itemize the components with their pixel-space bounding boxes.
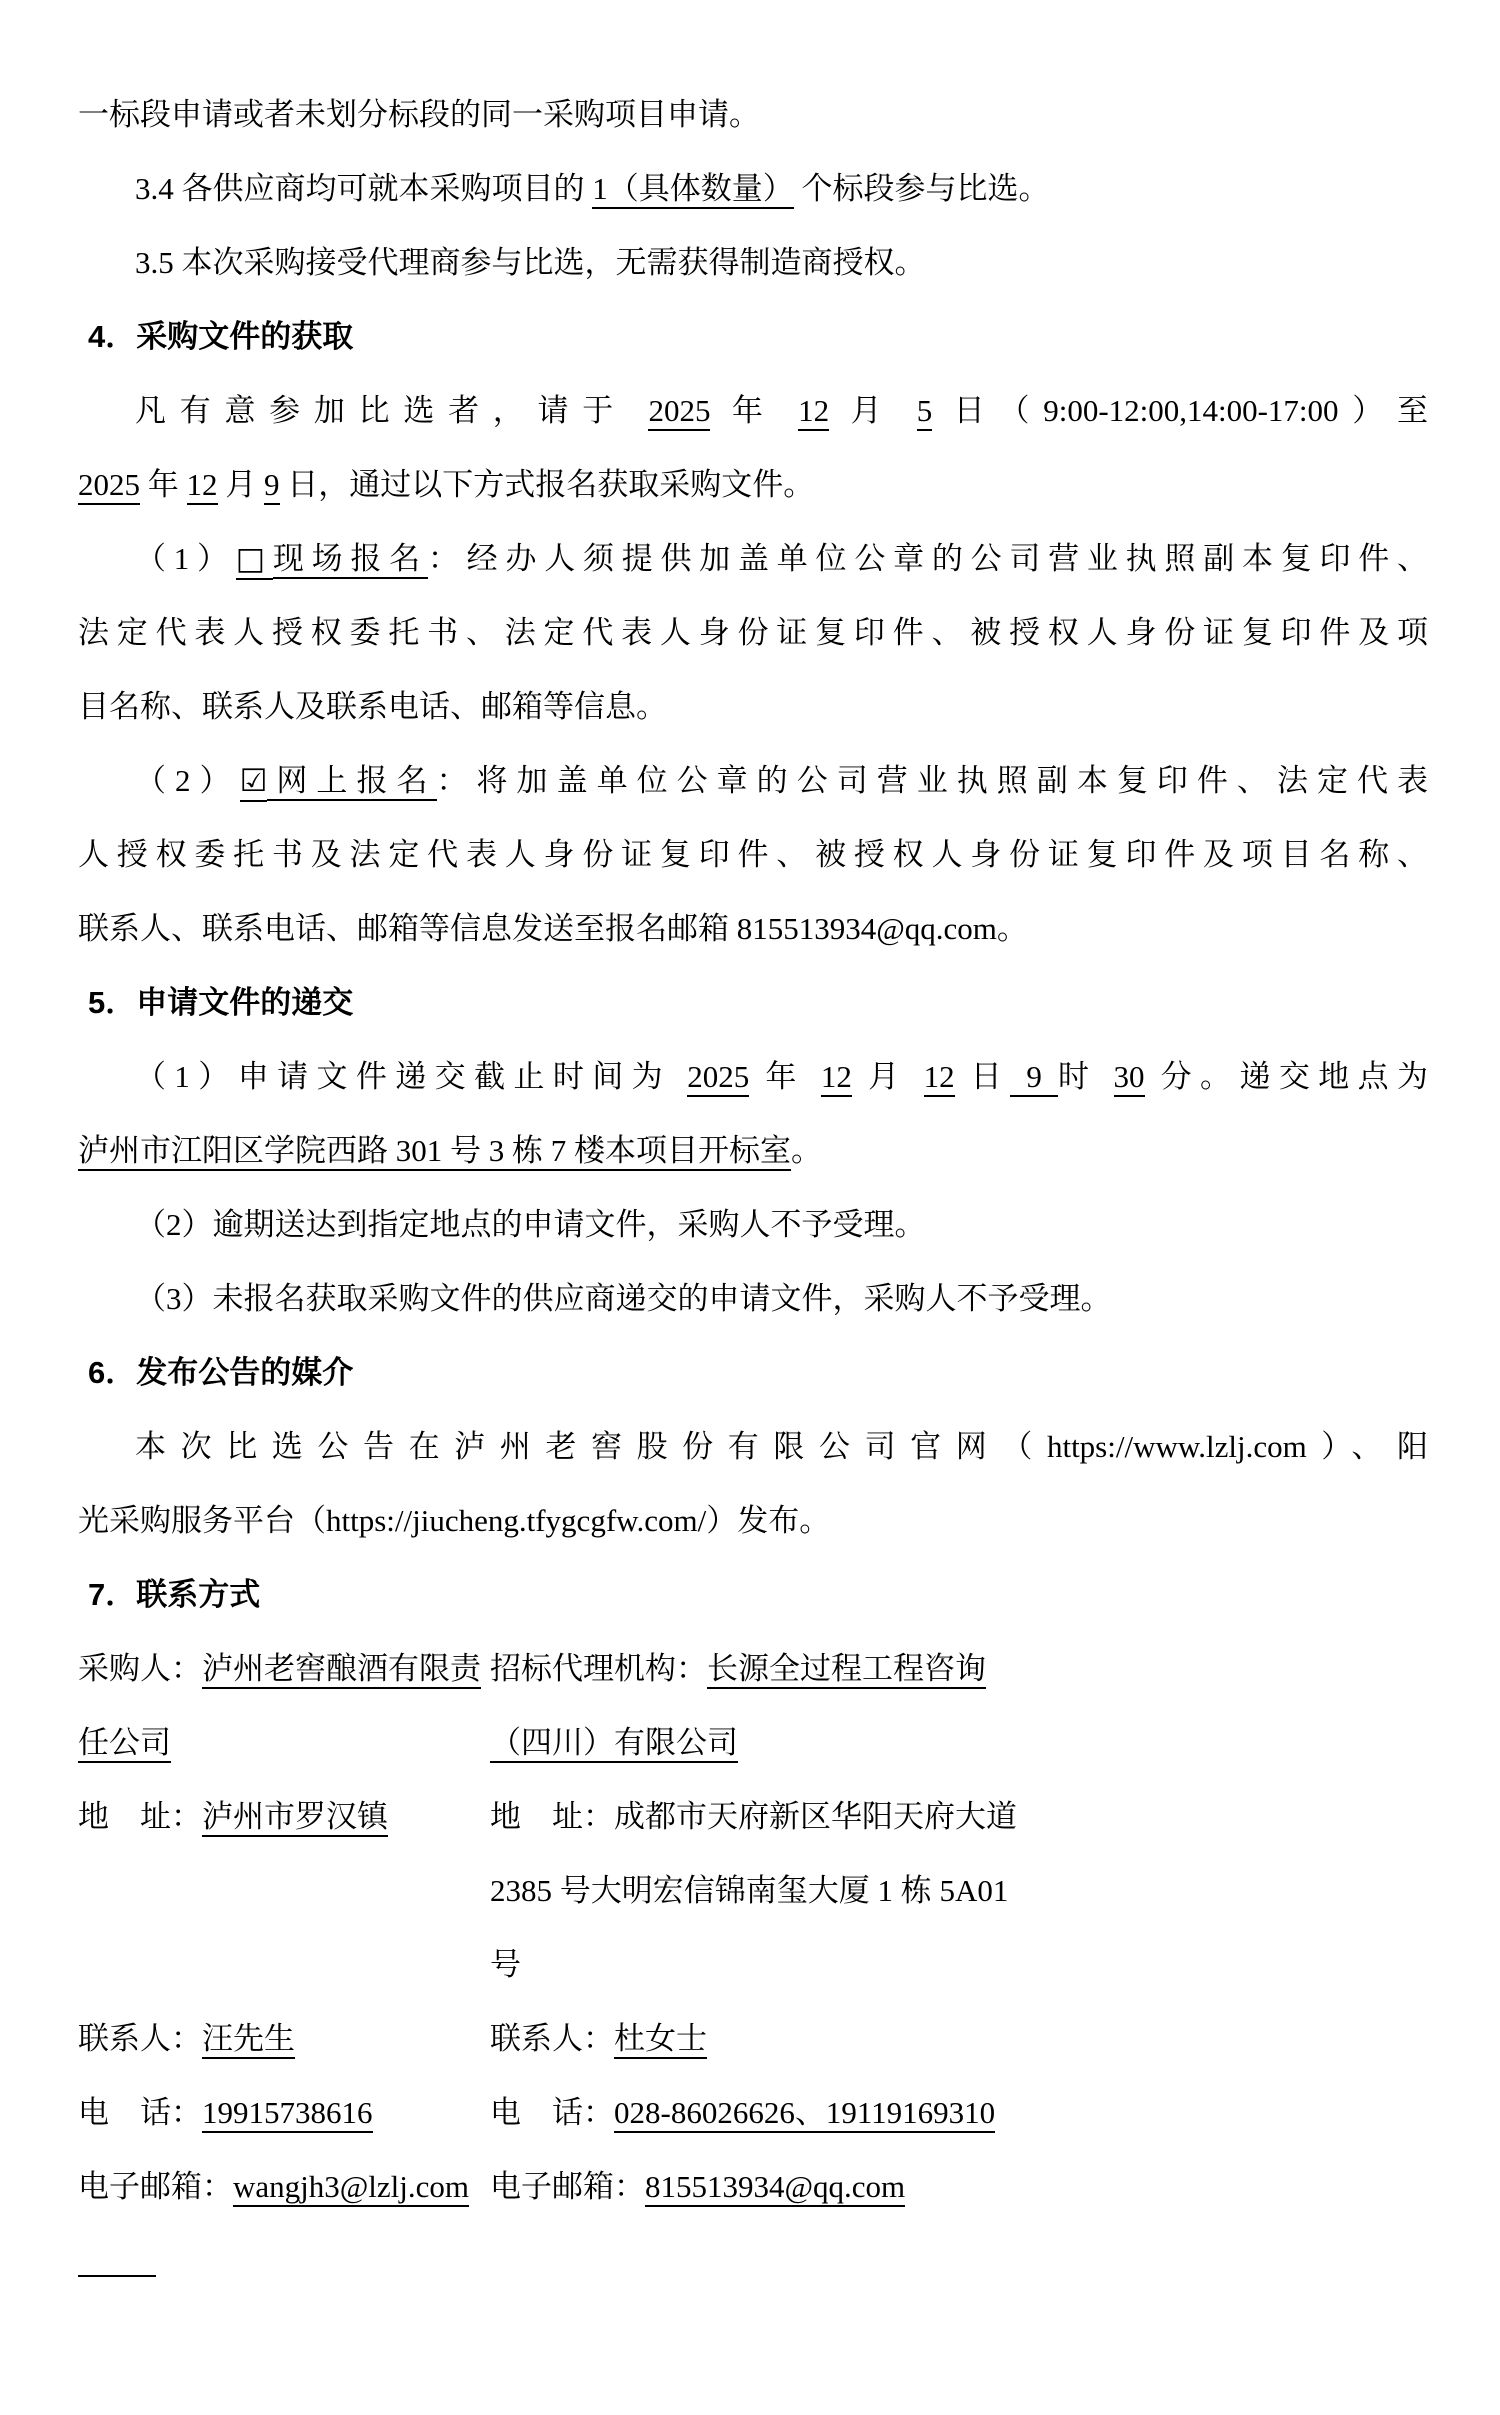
- purchaser-column: 电子邮箱：wangjh3@lzlj.com: [78, 2150, 490, 2224]
- purchaser-column: 采购人：泸州老窖酿酒有限责任公司: [78, 1632, 490, 1780]
- option-2-line-2: 人授权委托书及法定代表人身份证复印件、被授权人身份证复印件及项目名称、: [78, 818, 1428, 892]
- item-3-4-underlined-quantity: 1（具体数量）: [592, 171, 794, 209]
- text: 年: [140, 467, 187, 502]
- date-month-underline: 12: [821, 1059, 852, 1097]
- sec5-item-2: （2）逾期送达到指定地点的申请文件，采购人不予受理。: [78, 1188, 1428, 1262]
- purchaser-email-line: 电子邮箱：wangjh3@lzlj.com: [78, 2150, 490, 2224]
- option-1-line-3: 目名称、联系人及联系电话、邮箱等信息。: [78, 670, 1428, 744]
- text: ：经办人须提供加盖单位公章的公司营业执照副本复印件、: [428, 541, 1428, 576]
- underline-extension: [78, 2274, 156, 2277]
- agency-contact-person: 杜女士: [614, 2021, 707, 2059]
- agency-phone: 028-86026626、19119169310: [614, 2095, 995, 2133]
- text: 年: [749, 1059, 821, 1094]
- sec6-line-2: 光采购服务平台（https://jiucheng.tfygcgfw.com/）发…: [78, 1484, 1428, 1558]
- agency-column: 地 址：成都市天府新区华阳天府大道 2385 号大明宏信锦南玺大厦 1 栋 5A…: [490, 1780, 1428, 2002]
- agency-column: 电 话：028-86026626、19119169310: [490, 2076, 1428, 2150]
- item-3-5: 3.5 本次采购接受代理商参与比选，无需获得制造商授权。: [78, 226, 1428, 300]
- option-2-online-line-1: （2）☑网上报名：将加盖单位公章的公司营业执照副本复印件、法定代表: [78, 744, 1428, 818]
- checkbox-checked-icon: ☑: [240, 763, 268, 802]
- phone-label: 电 话：: [490, 2095, 614, 2130]
- checkbox-unchecked-icon: □: [236, 541, 273, 580]
- purchaser-address-line: 地 址：泸州市罗汉镇: [78, 1780, 490, 1854]
- agency-phone-line: 电 话：028-86026626、19119169310: [490, 2076, 1428, 2150]
- agency-contact-line: 联系人：杜女士: [490, 2002, 1428, 2076]
- sec4-paragraph-line-1: 凡有意参加比选者，请于 2025 年 12 月 5 日（9:00-12:00,1…: [78, 374, 1428, 448]
- document-page: 一标段申请或者未划分标段的同一采购项目申请。 3.4 各供应商均可就本采购项目的…: [0, 0, 1500, 2415]
- text: 分。递交地点为: [1145, 1059, 1429, 1094]
- agency-column: 电子邮箱：815513934@qq.com: [490, 2150, 1428, 2224]
- agency-address-line-1: 地 址：成都市天府新区华阳天府大道: [490, 1780, 1428, 1854]
- address-label: 地 址：: [490, 1799, 614, 1834]
- purchaser-column: 联系人：汪先生: [78, 2002, 490, 2076]
- agency-email-line: 电子邮箱：815513934@qq.com: [490, 2150, 1428, 2224]
- agency-address-part-2: 2385 号大明宏信锦南玺大厦 1 栋 5A01: [490, 1873, 1008, 1908]
- text: 。: [791, 1133, 822, 1168]
- purchaser-name-line: 采购人：泸州老窖酿酒有限责任公司: [78, 1632, 490, 1706]
- sec5-deadline-line: （1）申请文件递交截止时间为 2025 年 12 月 12 日 9 时 30 分…: [78, 1040, 1428, 1114]
- agency-address-line-3: 号: [490, 1928, 1428, 2002]
- agency-address-part-1: 成都市天府新区华阳天府大道: [614, 1799, 1017, 1834]
- contact-person-label: 联系人：: [490, 2021, 614, 2056]
- option-1-line-2: 法定代表人授权委托书、法定代表人身份证复印件、被授权人身份证复印件及项: [78, 596, 1428, 670]
- item-3-4-text: 3.4 各供应商均可就本采购项目的: [135, 171, 592, 206]
- purchaser-column: 电 话：19915738616: [78, 2076, 490, 2150]
- agency-name-line-1: 招标代理机构：长源全过程工程咨询: [490, 1632, 1428, 1706]
- purchaser-email: wangjh3@lzlj.com: [233, 2169, 469, 2207]
- option-number: （1）: [135, 541, 236, 576]
- sec6-line-1: 本次比选公告在泸州老窖股份有限公司官网（https://www.lzlj.com…: [78, 1410, 1428, 1484]
- agency-name-part-1: 长源全过程工程咨询: [707, 1651, 986, 1689]
- option-number: （2）: [135, 763, 240, 798]
- address-label: 地 址：: [78, 1799, 202, 1834]
- section-6-heading: 6．发布公告的媒介: [78, 1336, 1428, 1410]
- text: 月: [218, 467, 265, 502]
- agency-name-part-2: （四川）有限公司: [490, 1725, 738, 1763]
- section-7-heading: 7．联系方式: [78, 1558, 1428, 1632]
- agency-email: 815513934@qq.com: [645, 2169, 905, 2207]
- agency-column: 联系人：杜女士: [490, 2002, 1428, 2076]
- text: 月: [852, 1059, 924, 1094]
- purchaser-address: 泸州市罗汉镇: [202, 1799, 388, 1837]
- text: 日: [955, 1059, 1011, 1094]
- option-2-underlined-title: 网上报名: [267, 763, 436, 801]
- sec4-paragraph-line-2: 2025 年 12 月 9 日，通过以下方式报名获取采购文件。: [78, 448, 1428, 522]
- agency-name-line-2: （四川）有限公司: [490, 1706, 1428, 1780]
- text: （1）申请文件递交截止时间为: [135, 1059, 687, 1094]
- purchaser-contact-person: 汪先生: [202, 2021, 295, 2059]
- email-label: 电子邮箱：: [78, 2169, 233, 2204]
- purchaser-column: 地 址：泸州市罗汉镇: [78, 1780, 490, 2002]
- date-year-underline: 2025: [687, 1059, 749, 1097]
- item-3-4: 3.4 各供应商均可就本采购项目的 1（具体数量） 个标段参与比选。: [78, 152, 1428, 226]
- date-year-underline: 2025: [648, 393, 710, 431]
- purchaser-contact-line: 联系人：汪先生: [78, 2002, 490, 2076]
- agency-address-part-3: 号: [490, 1947, 521, 1982]
- text: ：将加盖单位公章的公司营业执照副本复印件、法定代表: [437, 763, 1429, 798]
- option-1-onsite-line-1: （1）□现场报名：经办人须提供加盖单位公章的公司营业执照副本复印件、: [78, 522, 1428, 596]
- text: 日（9:00-12:00,14:00-17:00）至: [932, 393, 1428, 428]
- date-month-underline: 12: [187, 467, 218, 505]
- text: 年: [710, 393, 798, 428]
- agency-address-line-2: 2385 号大明宏信锦南玺大厦 1 栋 5A01: [490, 1854, 1428, 1928]
- date-month-underline: 12: [798, 393, 829, 431]
- item-3-4-tail: 个标段参与比选。: [794, 171, 1050, 206]
- purchaser-phone-line: 电 话：19915738616: [78, 2076, 490, 2150]
- contact-row-addresses: 地 址：泸州市罗汉镇 地 址：成都市天府新区华阳天府大道 2385 号大明宏信锦…: [78, 1780, 1428, 2002]
- contact-row-names: 采购人：泸州老窖酿酒有限责任公司 招标代理机构：长源全过程工程咨询 （四川）有限…: [78, 1632, 1428, 1780]
- continuation-line: 一标段申请或者未划分标段的同一采购项目申请。: [78, 78, 1428, 152]
- date-year-underline: 2025: [78, 467, 140, 505]
- contact-row-phones: 电 话：19915738616 电 话：028-86026626、1911916…: [78, 2076, 1428, 2150]
- time-minute-underline: 30: [1114, 1059, 1145, 1097]
- section-4-heading: 4．采购文件的获取: [78, 300, 1428, 374]
- text: 凡有意参加比选者，请于: [135, 393, 648, 428]
- sec5-address-line: 泸州市江阳区学院西路 301 号 3 栋 7 楼本项目开标室。: [78, 1114, 1428, 1188]
- option-1-underlined-title: 现场报名: [273, 541, 428, 579]
- section-5-heading: 5．申请文件的递交: [78, 966, 1428, 1040]
- agency-column: 招标代理机构：长源全过程工程咨询 （四川）有限公司: [490, 1632, 1428, 1780]
- contact-person-label: 联系人：: [78, 2021, 202, 2056]
- text: 月: [829, 393, 917, 428]
- contact-row-persons: 联系人：汪先生 联系人：杜女士: [78, 2002, 1428, 2076]
- time-hour-underline: 9: [1010, 1059, 1058, 1097]
- purchaser-phone: 19915738616: [202, 2095, 373, 2133]
- purchaser-label: 采购人：: [78, 1651, 202, 1686]
- contact-row-emails: 电子邮箱：wangjh3@lzlj.com 电子邮箱：815513934@qq.…: [78, 2150, 1428, 2224]
- phone-label: 电 话：: [78, 2095, 202, 2130]
- date-day-underline: 5: [917, 393, 933, 431]
- text: 日，通过以下方式报名获取采购文件。: [280, 467, 815, 502]
- sec5-item-3: （3）未报名获取采购文件的供应商递交的申请文件，采购人不予受理。: [78, 1262, 1428, 1336]
- date-day-underline: 9: [264, 467, 280, 505]
- submission-address-underline: 泸州市江阳区学院西路 301 号 3 栋 7 楼本项目开标室: [78, 1133, 791, 1171]
- agency-label: 招标代理机构：: [490, 1651, 707, 1686]
- email-label: 电子邮箱：: [490, 2169, 645, 2204]
- option-2-line-3: 联系人、联系电话、邮箱等信息发送至报名邮箱 815513934@qq.com。: [78, 892, 1428, 966]
- text: 时: [1058, 1059, 1114, 1094]
- date-day-underline: 12: [924, 1059, 955, 1097]
